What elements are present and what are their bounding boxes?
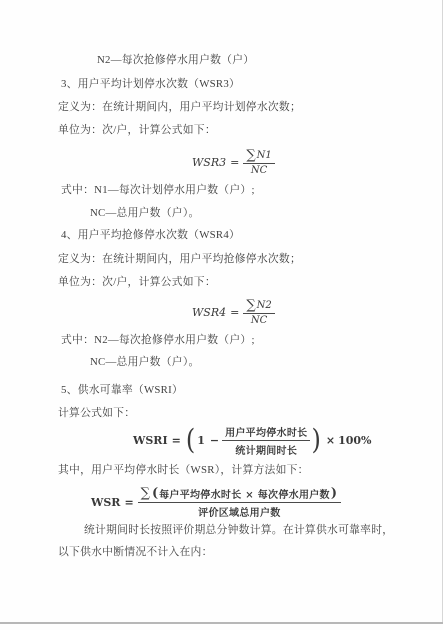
equals-sign: = [230, 306, 239, 319]
left-paren: ( [152, 487, 158, 500]
formula-wsri: WSRI = ( 1 − 用户平均停水时长 统计期间时长 ) × 100% [133, 423, 371, 457]
paragraph-stat-note: 统计期间时长按照评价期总分钟数计算。在计算供水可靠率时， [84, 524, 393, 536]
paragraph-wsr-intro: 其中，用户平均停水时长（WSR），计算方法如下： [58, 464, 309, 476]
sigma-symbol: ∑ [141, 487, 150, 500]
heading-item3: 3、用户平均计划停水次数（WSR3） [61, 78, 240, 90]
paragraph-n2-definition: N2—每次抢修停水用户数（户） [97, 54, 254, 66]
sigma-symbol: ∑ [246, 299, 255, 312]
page-bottom-edge [0, 622, 443, 624]
percent-value: 100% [338, 434, 371, 447]
denominator: NC [251, 164, 267, 176]
formula-wsri-lhs: WSRI [133, 434, 168, 447]
heading-item4: 4、用户平均抢修停水次数（WSR4） [61, 229, 240, 241]
paragraph-definition4: 定义为：在统计期间内，用户平均抢修停水次数； [58, 253, 301, 265]
denominator: 统计期间时长 [235, 441, 297, 457]
equals-sign: = [124, 496, 133, 509]
heading-item5: 5、供水可靠率（WSRI） [61, 384, 183, 396]
paragraph-nc3: NC—总用户数（户）。 [90, 207, 200, 219]
formula-wsr3: WSR3 = ∑ N1 NC [192, 146, 275, 178]
equals-sign: = [230, 156, 239, 169]
paragraph-unit3: 单位为：次/户，计算公式如下： [58, 124, 216, 136]
numerator: N2 [257, 300, 272, 311]
denominator: NC [251, 314, 267, 326]
paragraph-where4: 式中：N2—每次抢修停水用户数（户）; [61, 334, 255, 346]
formula-wsr3-lhs: WSR3 [192, 156, 226, 169]
fraction: ∑ N2 NC [243, 299, 274, 326]
fraction: ∑ N1 NC [243, 149, 274, 176]
numerator: 每户平均停水时长 × 每次停水用户数 [159, 486, 330, 501]
document-page: N2—每次抢修停水用户数（户） 3、用户平均计划停水次数（WSR3） 定义为：在… [0, 0, 443, 630]
numerator: N1 [257, 150, 272, 161]
fraction: 用户平均停水时长 统计期间时长 [222, 424, 310, 457]
sigma-symbol: ∑ [246, 149, 255, 162]
minus-sign: − [210, 434, 219, 447]
paragraph-nc4: NC—总用户数（户）。 [90, 356, 200, 368]
left-paren: ( [186, 426, 195, 454]
fraction: ∑ ( 每户平均停水时长 × 每次停水用户数 ) 评价区域总用户数 [138, 486, 341, 519]
paragraph-unit4: 单位为：次/户，计算公式如下： [58, 276, 216, 288]
paragraph-where3: 式中：N1—每次计划停水用户数（户）; [61, 184, 255, 196]
number-one: 1 [197, 434, 205, 447]
formula-wsr4: WSR4 = ∑ N2 NC [192, 296, 275, 328]
paragraph-calc5: 计算公式如下： [58, 407, 135, 419]
equals-sign: = [172, 434, 181, 447]
numerator: 用户平均停水时长 [222, 424, 310, 441]
denominator: 评价区域总用户数 [198, 503, 280, 519]
right-paren: ) [311, 426, 320, 454]
formula-wsr-lhs: WSR [91, 496, 120, 509]
multiply-sign: × [326, 434, 335, 447]
formula-wsr4-lhs: WSR4 [192, 306, 226, 319]
paragraph-definition3: 定义为：在统计期间内，用户平均计划停水次数； [58, 101, 301, 113]
paragraph-below-note: 以下供水中断情况不计入在内： [58, 546, 213, 558]
formula-wsr: WSR = ∑ ( 每户平均停水时长 × 每次停水用户数 ) 评价区域总用户数 [91, 486, 341, 518]
right-paren: ) [331, 487, 337, 500]
